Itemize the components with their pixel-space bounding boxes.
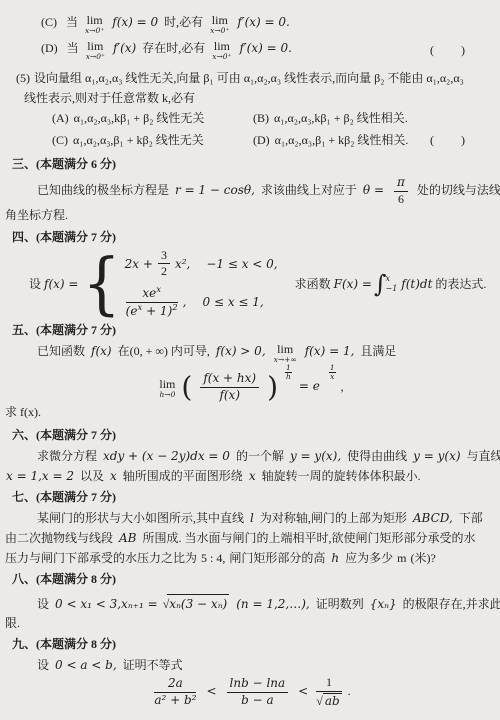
math-text: y = y(x), <box>290 449 341 463</box>
problem-5-stem-line-2: 线性表示,则对于任意常数 k,必有 <box>23 90 500 106</box>
lim-subscript: x→0⁺ <box>212 53 231 61</box>
superscript: x <box>156 285 161 295</box>
problem-5-options-row-cd: (C)α₁,α₂,α₃,β₁ + kβ₂ 线性无关 (D)α₁,α₂,α₃,β₁… <box>52 132 500 148</box>
section-3-body-line-2: 角坐标方程. <box>4 207 500 223</box>
math-text: f(x) <box>91 344 112 358</box>
math-text: f′(x) <box>113 41 136 55</box>
section-7-body-line-2: 由二次抛物线与线段 AB 所围成. 当水面与闸门的上端相平时,欲使闸门矩形部分承… <box>4 530 500 546</box>
lim-word: lim <box>159 378 175 390</box>
section-8-body-line-2: 限. <box>4 615 500 631</box>
exponent-denominator: h <box>285 373 292 381</box>
option-c-label: (C) <box>41 15 57 29</box>
case-2: xex (ex + 1)2 , 0 ≤ x ≤ 1, <box>123 286 280 319</box>
text: 当 <box>67 41 79 55</box>
lim-word: lim <box>274 343 297 355</box>
option-a-label: (A) <box>52 111 69 125</box>
problem-5-label: (5) <box>16 71 30 85</box>
fraction-numerator: xex <box>126 286 178 303</box>
section-4-title: 四、(本题满分 7 分) <box>12 229 500 245</box>
lim-subscript: h→0 <box>159 391 175 399</box>
fraction-sqrt-ab: 1√ab <box>316 676 341 709</box>
option-d: (D)α₁,α₂,α₃,β₁ + kβ₂ 线性相关. <box>253 132 408 148</box>
fraction-numerator: 2a <box>154 677 196 693</box>
text: 当 <box>66 15 78 29</box>
math-text: (n = 1,2,…), <box>236 597 310 611</box>
section-7-title: 七、(本题满分 7 分) <box>12 489 500 505</box>
text: 求该曲线上对应于 <box>261 183 357 197</box>
radical-expression: √ab <box>316 694 341 708</box>
fraction-3-over-2: 32 <box>158 249 170 280</box>
section-5-body-line-1: 已知函数 f(x) 在(0, + ∞) 内可导, f(x) > 0, limx→… <box>36 343 500 364</box>
text: (米)? <box>410 551 435 565</box>
fraction-denominator: √ab <box>316 692 341 709</box>
lim-subscript: x→0⁺ <box>210 27 229 35</box>
text: 某闸门的形状与大小如图所示,其中直线 <box>37 511 244 525</box>
cases-brace: { <box>82 250 120 317</box>
lim-word: lim <box>86 40 105 52</box>
lim-word: lim <box>210 14 229 26</box>
fraction-ln: lnb − lnab − a <box>225 677 291 708</box>
case-2-condition: 0 ≤ x ≤ 1, <box>203 294 264 310</box>
fraction-2a: 2aa² + b² <box>152 677 198 708</box>
math-text: f(x) = 0 <box>112 15 158 29</box>
option-b: (B)α₁,α₂,α₃,kβ₁ + β₂ 线性相关. <box>253 110 408 126</box>
fraction-fxhx-over-fx: f(x + hx)f(x) <box>198 372 261 403</box>
limit-operator: limx→0⁺ <box>85 14 104 35</box>
answer-blank: ( ) <box>430 42 466 58</box>
right-paren: ) <box>267 371 278 404</box>
text: 时,必有 <box>164 15 203 29</box>
case-1-condition: −1 ≤ x < 0, <box>206 256 277 272</box>
text: 设 <box>29 276 41 292</box>
radical-body: xₙ(3 − xₙ) <box>167 594 229 612</box>
math-text: 2x + <box>125 256 153 272</box>
text: 求函数 <box>295 276 331 292</box>
math-text: (e <box>126 304 138 318</box>
section-5-title: 五、(本题满分 7 分) <box>12 322 500 338</box>
fraction-numerator: f(x + hx) <box>200 372 259 388</box>
exponent-one-over-h: 1h <box>283 364 294 382</box>
section-7-body-line-3: 压力与闸门下部承受的水压力之比为 5 : 4, 闸门矩形部分的高 h 应为多少 … <box>4 550 500 566</box>
limit-operator: limh→0 <box>159 378 175 399</box>
case-1: 2x + 32 x², −1 ≤ x < 0, <box>123 249 280 280</box>
fraction-denominator: (ex + 1)2 <box>126 303 178 319</box>
left-paren: ( <box>181 371 192 404</box>
fraction-numerator: lnb − lna <box>227 677 289 693</box>
ratio-text: 5 : 4, <box>201 551 225 565</box>
fraction-xex: xex (ex + 1)2 <box>126 286 178 319</box>
exponent-denominator: x <box>329 373 336 381</box>
math-text: f(x) = 1, <box>305 344 355 358</box>
less-than-sign: < <box>298 684 308 698</box>
text: 闸门矩形部分的高 <box>229 551 325 565</box>
section-5-tail: 求 f(x). <box>4 404 500 420</box>
problem-5-options-row-ab: (A)α₁,α₂,α₃,kβ₁ + β₂ 线性无关 (B)α₁,α₂,α₃,kβ… <box>52 110 500 126</box>
option-c-text: α₁,α₂,α₃,β₁ + kβ₂ 线性无关 <box>73 133 204 147</box>
limit-operator: limx→0⁺ <box>86 40 105 61</box>
text: 求微分方程 <box>37 449 97 463</box>
section-7-body-line-1: 某闸门的形状与大小如图所示,其中直线 l 为对称轴,闸门的上部为矩形 ABCD,… <box>36 510 500 526</box>
text: 轴所围成的平面图形绕 <box>123 469 243 483</box>
section-4-body: 设 f(x) = { 2x + 32 x², −1 ≤ x < 0, xex (… <box>28 247 500 321</box>
option-d-text: α₁,α₂,α₃,β₁ + kβ₂ 线性相关. <box>275 133 409 147</box>
option-d-label: (D) <box>253 133 270 147</box>
text: 在(0, + ∞) 内可导, <box>118 344 210 358</box>
text: 为对称轴,闸门的上部为矩形 <box>260 511 407 525</box>
integral-lower-limit: −1 <box>385 284 397 294</box>
fraction-numerator: 1 <box>316 676 341 692</box>
math-text: x <box>110 469 117 483</box>
section-8-body-line-1: 设 0 < x₁ < 3,xₙ₊₁ = √xₙ(3 − xₙ) (n = 1,2… <box>36 594 500 612</box>
fraction-denominator: 6 <box>392 192 410 207</box>
fraction-pi-over-6: π6 <box>392 176 410 207</box>
text: 以及 <box>80 469 104 483</box>
mcq-option-c-line: (C) 当 limx→0⁺ f(x) = 0 时,必有 limx→0⁺ f′(x… <box>41 14 500 35</box>
math-text: , <box>183 294 187 310</box>
fraction-denominator: f(x) <box>200 388 259 403</box>
math-text: 0 < x₁ < 3,xₙ₊₁ = <box>55 597 158 611</box>
text: 的表达式. <box>435 276 486 292</box>
section-9-body-line-1: 设 0 < a < b, 证明不等式 <box>36 657 500 673</box>
text: 设 <box>37 597 49 611</box>
text: 由二次抛物线与线段 <box>5 531 113 545</box>
punctuation: , <box>341 379 344 393</box>
math-text: f′(x) = 0. <box>240 41 292 55</box>
lim-word: lim <box>212 40 231 52</box>
text: 限. <box>5 616 20 630</box>
limit-operator: limx→0⁺ <box>212 40 231 61</box>
math-text: r = 1 − cosθ, <box>175 183 255 197</box>
option-b-label: (B) <box>253 111 269 125</box>
text: 所围成. 当水面与闸门的上端相平时,欲使闸门矩形部分承受的水 <box>143 531 476 545</box>
mcq-option-d-line: (D) 当 limx→0⁺ f′(x) 存在时,必有 limx→0⁺ f′(x)… <box>41 40 500 61</box>
lim-subscript: x→0⁺ <box>85 27 104 35</box>
math-text: l <box>250 511 254 525</box>
math-text: {xₙ} <box>370 597 397 611</box>
text: 求 f(x). <box>5 405 41 419</box>
math-text: = e <box>299 379 320 393</box>
math-text: 0 < a < b, <box>55 658 117 672</box>
option-c-label: (C) <box>52 133 68 147</box>
math-text: F(x) = <box>334 276 372 292</box>
punctuation: . <box>348 684 351 698</box>
problem-5-stem-line-1: (5) 设向量组 α₁,α₂,α₃ 线性无关,向量 β₁ 可由 α₁,α₂,α₃… <box>16 70 500 86</box>
math-text: x <box>249 469 256 483</box>
math-text: x², <box>175 256 190 272</box>
section-6-body-line-1: 求微分方程 xdy + (x − 2y)dx = 0 的一个解 y = y(x)… <box>36 448 500 464</box>
math-text: xe <box>142 286 156 300</box>
radical-expression: √xₙ(3 − xₙ) <box>163 597 232 611</box>
math-text: y = y(x) <box>413 449 460 463</box>
fraction-numerator: π <box>394 176 408 192</box>
math-text: xdy + (x − 2y)dx = 0 <box>103 449 230 463</box>
fraction-denominator: a² + b² <box>154 693 196 708</box>
text: 的极限存在,并求此极 <box>403 597 500 611</box>
exam-paper-page: (C) 当 limx→0⁺ f(x) = 0 时,必有 limx→0⁺ f′(x… <box>0 0 500 720</box>
text: 压力与闸门下部承受的水压力之比为 <box>5 551 197 565</box>
lim-subscript: x→0⁺ <box>86 53 105 61</box>
option-b-text: α₁,α₂,α₃,kβ₁ + β₂ 线性相关. <box>274 111 408 125</box>
fraction-denominator: b − a <box>227 693 289 708</box>
section-3-title: 三、(本题满分 6 分) <box>12 156 500 172</box>
limit-operator: limx→+∞ <box>274 343 297 364</box>
text: 且满足 <box>360 344 396 358</box>
math-text: f(x) > 0, <box>216 344 266 358</box>
math-text: + 1) <box>142 304 172 318</box>
option-c: (C)α₁,α₂,α₃,β₁ + kβ₂ 线性无关 <box>52 132 253 148</box>
section-8-title: 八、(本题满分 8 分) <box>12 571 500 587</box>
text: 线性表示,则对于任意常数 k,必有 <box>24 91 195 105</box>
text: 处的切线与法线的直 <box>417 183 500 197</box>
piecewise-cases: 2x + 32 x², −1 ≤ x < 0, xex (ex + 1)2 , … <box>123 249 280 319</box>
section-5-display-equation: limh→0 ( f(x + hx)f(x) ) 1h = e 1x , <box>0 364 500 403</box>
option-a-text: α₁,α₂,α₃,kβ₁ + β₂ 线性无关 <box>74 111 205 125</box>
math-text: f′(x) = 0. <box>237 15 289 29</box>
text: 与直线 <box>467 449 500 463</box>
integral-limits: x−1 <box>385 282 397 285</box>
math-text: ABCD, <box>413 511 453 525</box>
text: 使得由曲线 <box>347 449 407 463</box>
text: 的一个解 <box>236 449 284 463</box>
text: 已知函数 <box>37 344 85 358</box>
math-text: AB <box>119 531 136 545</box>
section-9-title: 九、(本题满分 8 分) <box>12 636 500 652</box>
math-text: f(x) = <box>44 276 78 292</box>
integral-upper-limit: x <box>385 274 397 284</box>
text: 下部 <box>459 511 483 525</box>
lim-word: lim <box>85 14 104 26</box>
text: 设 <box>37 658 49 672</box>
radical-body: ab <box>323 693 342 709</box>
text: 已知曲线的极坐标方程是 <box>37 183 169 197</box>
fraction-denominator: 2 <box>158 264 170 279</box>
option-d-label: (D) <box>41 41 58 55</box>
section-9-display-inequality: 2aa² + b² < lnb − lnab − a < 1√ab . <box>0 676 500 709</box>
fraction-numerator: 3 <box>158 249 170 265</box>
text: 证明数列 <box>316 597 364 611</box>
limit-operator: limx→0⁺ <box>210 14 229 35</box>
exponent-one-over-x: 1x <box>327 364 338 382</box>
text: 设向量组 α₁,α₂,α₃ 线性无关,向量 β₁ 可由 α₁,α₂,α₃ 线性表… <box>34 71 464 85</box>
superscript: 2 <box>172 303 177 313</box>
text: 轴旋转一周的旋转体体积最小. <box>262 469 421 483</box>
math-text: θ = <box>363 183 384 197</box>
section-4-task: 求函数 F(x) = ∫ x−1 f(t)dt 的表达式. <box>294 272 488 296</box>
unit-text: m <box>397 551 406 565</box>
answer-blank: ( ) <box>430 132 466 148</box>
section-6-body-line-2: x = 1,x = 2 以及 x 轴所围成的平面图形绕 x 轴旋转一周的旋转体体… <box>4 468 500 484</box>
section-3-body-line-1: 已知曲线的极坐标方程是 r = 1 − cosθ, 求该曲线上对应于 θ = π… <box>36 176 500 207</box>
text: 角坐标方程. <box>5 208 68 222</box>
math-text: x = 1,x = 2 <box>6 469 74 483</box>
option-a: (A)α₁,α₂,α₃,kβ₁ + β₂ 线性无关 <box>52 110 253 126</box>
math-text: h <box>331 551 339 565</box>
less-than-sign: < <box>206 684 216 698</box>
lim-subscript: x→+∞ <box>274 356 297 364</box>
math-text: f(t)dt <box>401 276 432 292</box>
radical-sign: √ <box>316 694 323 708</box>
section-6-title: 六、(本题满分 7 分) <box>12 427 500 443</box>
text: 证明不等式 <box>123 658 183 672</box>
text: 应为多少 <box>345 551 393 565</box>
text: 存在时,必有 <box>142 41 205 55</box>
